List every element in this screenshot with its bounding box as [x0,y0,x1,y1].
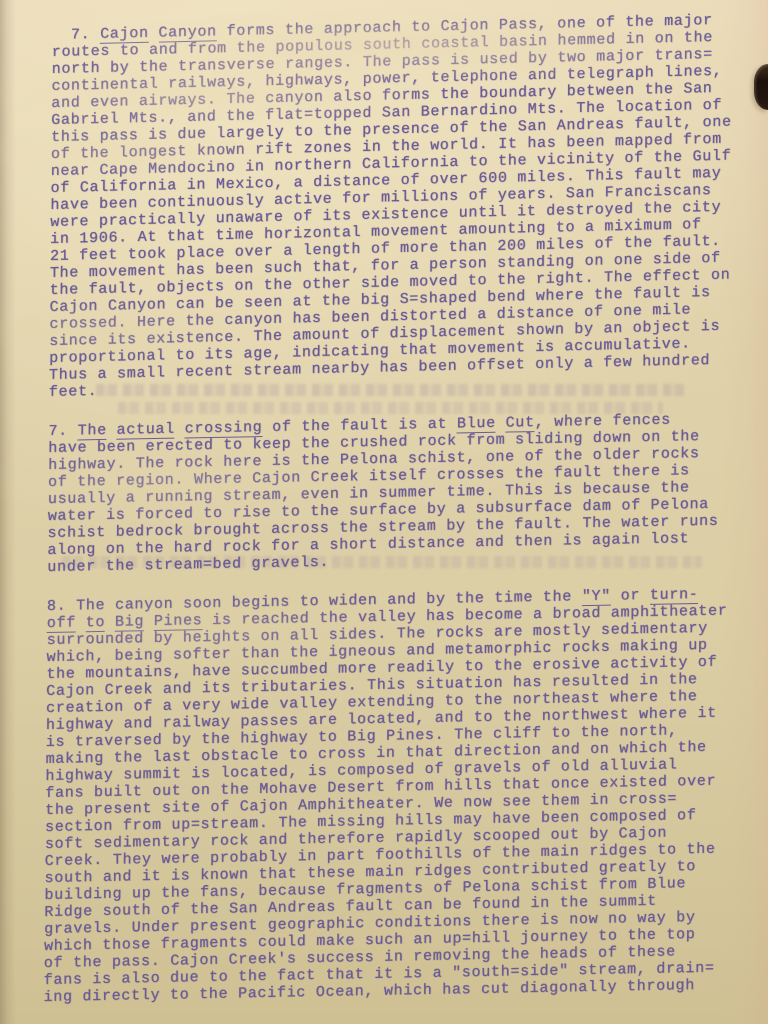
paragraph-7-0: 7. Cajon Canyon forms the approach to Ca… [49,11,752,401]
paragraph-7-1: 7. The actual crossing of the fault is a… [47,410,748,576]
underlined-text: The [78,422,107,441]
underlined-text: Pines [154,612,203,631]
bleed-through-mark [96,384,686,396]
page-edge-notch [754,64,768,110]
scanned-paper-page: 7. Cajon Canyon forms the approach to Ca… [0,0,768,1024]
underlined-text: Big [115,613,144,632]
bleed-through-mark [118,402,663,414]
underlined-text: off [47,614,76,633]
text-block: 7. Cajon Canyon forms the approach to Ca… [43,14,752,1006]
underlined-text: "Y" [582,588,611,607]
underlined-text: Blue [457,415,496,434]
bleed-through-mark [62,556,702,568]
underlined-text: turn- [650,586,699,605]
underlined-text: Cut [505,414,534,433]
underlined-text: to [86,614,106,632]
paragraph-8-2: 8. The canyon soon begins to widen and b… [43,585,747,1006]
